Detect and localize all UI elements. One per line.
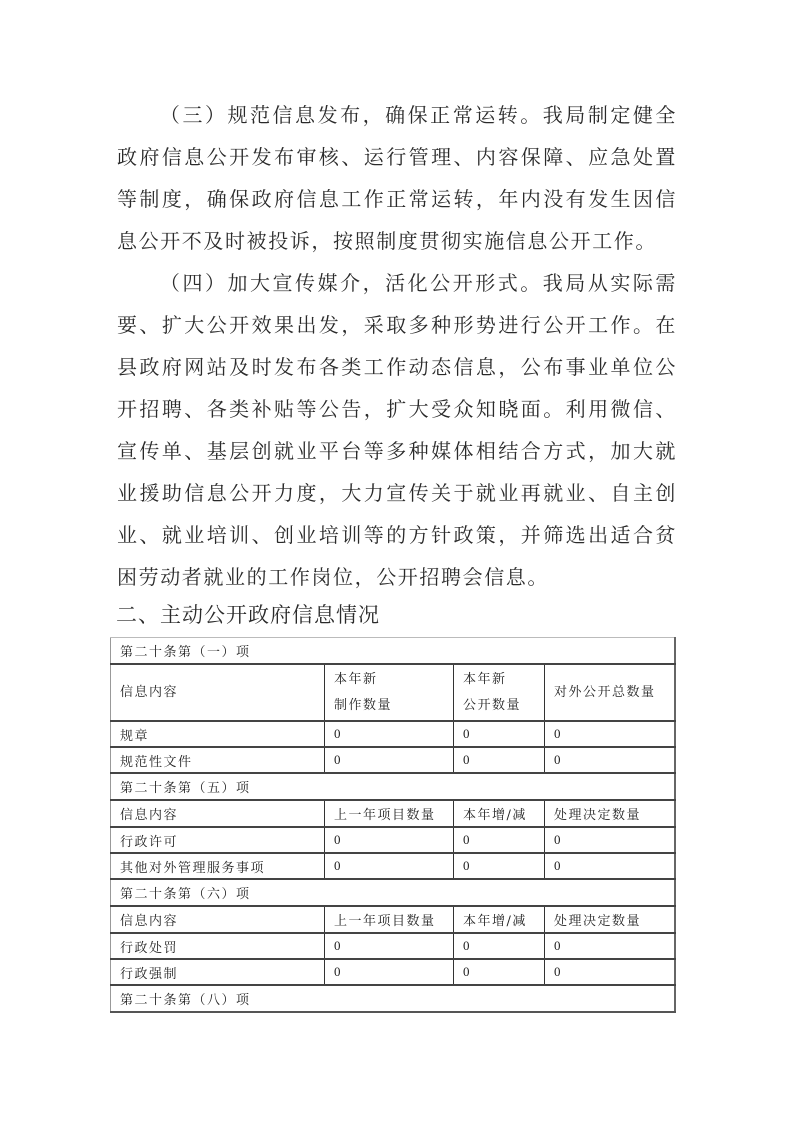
column-header: 信息内容 (111, 664, 325, 721)
row-label: 规范性文件 (111, 747, 325, 773)
column-header: 上一年项目数量 (325, 906, 454, 933)
column-header: 本年新公开数量 (454, 664, 545, 721)
cell-value: 0 (325, 853, 454, 879)
section-title-row: 第二十条第（五）项 (111, 773, 675, 800)
section-title-row: 第二十条第（六）项 (111, 879, 675, 906)
paragraph-text: （四）加大宣传媒介，活化公开形式。我局从实际需要、扩大公开效果出发，采取多种形势… (117, 271, 677, 589)
row-label: 规章 (111, 721, 325, 747)
section-title-row: 第二十条第（八）项 (111, 985, 675, 1012)
cell-value: 0 (325, 959, 454, 985)
cell-value: 0 (454, 827, 545, 853)
header-row: 信息内容 上一年项目数量 本年增/减 处理决定数量 (111, 906, 675, 933)
section-title: 第二十条第（五）项 (111, 773, 675, 800)
table-row: 行政处罚 0 0 0 (111, 933, 675, 959)
section-title-row: 第二十条第（一）项 (111, 638, 675, 665)
table-row: 行政许可 0 0 0 (111, 827, 675, 853)
column-header: 信息内容 (111, 906, 325, 933)
column-header: 本年新制作数量 (325, 664, 454, 721)
section-title: 第二十条第（一）项 (111, 638, 675, 665)
cell-value: 0 (454, 853, 545, 879)
section-title: 第二十条第（八）项 (111, 985, 675, 1012)
table-row: 规章 0 0 0 (111, 721, 675, 747)
column-header: 处理决定数量 (545, 800, 675, 827)
header-row: 信息内容 上一年项目数量 本年增/减 处理决定数量 (111, 800, 675, 827)
cell-value: 0 (454, 933, 545, 959)
table-row: 行政强制 0 0 0 (111, 959, 675, 985)
cell-value: 0 (545, 747, 675, 773)
cell-value: 0 (545, 853, 675, 879)
column-header: 对外公开总数量 (545, 664, 675, 721)
cell-value: 0 (325, 933, 454, 959)
row-label: 行政许可 (111, 827, 325, 853)
column-header: 本年增/减 (454, 800, 545, 827)
column-header: 处理决定数量 (545, 906, 675, 933)
paragraph-standardize-release: （三）规范信息发布，确保正常运转。我局制定健全政府信息公开发布审核、运行管理、内… (117, 94, 677, 262)
header-row: 信息内容 本年新制作数量 本年新公开数量 对外公开总数量 (111, 664, 675, 721)
column-header: 本年增/减 (454, 906, 545, 933)
header-line: 制作数量 (334, 698, 392, 713)
cell-value: 0 (545, 827, 675, 853)
row-label: 其他对外管理服务事项 (111, 853, 325, 879)
cell-value: 0 (545, 933, 675, 959)
cell-value: 0 (325, 827, 454, 853)
section-title: 第二十条第（六）项 (111, 879, 675, 906)
header-line: 本年新 (463, 672, 507, 687)
row-label: 行政强制 (111, 959, 325, 985)
disclosure-table: 第二十条第（一）项 信息内容 本年新制作数量 本年新公开数量 对外公开总数量 规… (110, 637, 676, 1013)
row-label: 行政处罚 (111, 933, 325, 959)
cell-value: 0 (454, 959, 545, 985)
column-header: 上一年项目数量 (325, 800, 454, 827)
section-heading: 二、主动公开政府信息情况 (116, 600, 380, 630)
table-row: 其他对外管理服务事项 0 0 0 (111, 853, 675, 879)
header-line: 公开数量 (463, 698, 521, 713)
cell-value: 0 (545, 721, 675, 747)
paragraph-publicity-media: （四）加大宣传媒介，活化公开形式。我局从实际需要、扩大公开效果出发，采取多种形势… (117, 262, 677, 598)
cell-value: 0 (545, 959, 675, 985)
column-header: 信息内容 (111, 800, 325, 827)
table-row: 规范性文件 0 0 0 (111, 747, 675, 773)
document-page: （三）规范信息发布，确保正常运转。我局制定健全政府信息公开发布审核、运行管理、内… (0, 0, 793, 1122)
cell-value: 0 (325, 747, 454, 773)
paragraph-text: （三）规范信息发布，确保正常运转。我局制定健全政府信息公开发布审核、运行管理、内… (117, 103, 677, 253)
cell-value: 0 (454, 721, 545, 747)
cell-value: 0 (325, 721, 454, 747)
cell-value: 0 (454, 747, 545, 773)
header-line: 本年新 (334, 672, 378, 687)
